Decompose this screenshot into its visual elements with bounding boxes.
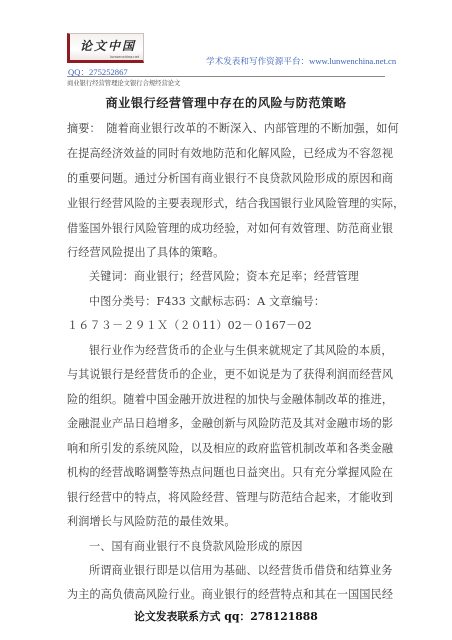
abstract-line: 行经营风险提出了具体的策略。 <box>67 244 224 260</box>
site-logo[interactable]: 论文中国 lunwenchina.net <box>67 33 144 63</box>
article-number-line: １６７３－２９１Ｘ（２０11）02－０167－02 <box>67 317 312 333</box>
body-line: 金融混业产品日趋增多，金融创新与风险防范及其对金融市场的影 <box>67 415 393 431</box>
abstract-line: 借鉴国外银行风险管理的成功经验，对如何有效管理、防范商业银 <box>67 220 393 236</box>
abstract-line: 在提高经济效益的同时有效地防范和化解风险，已经成为不容忽视 <box>67 145 393 161</box>
body-line: 与其说银行是经营货币的企业，更不如说是为了获得利润而经营风 <box>67 366 393 382</box>
abstract-line: 摘要： 随着商业银行改革的不断深入、内部管理的不断加强，如何 <box>67 120 399 136</box>
body-line: 银行经营中的特点，将风险经营、管理与防范结合起来，才能收到 <box>67 489 393 505</box>
body-line: 为主的高负债高风险行业。商业银行的经营特点和其在一国国民经 <box>67 586 393 602</box>
body-line: 利润增长与风险防范的最佳效果。 <box>67 513 236 529</box>
body-line: 响和所引发的系统风险，以及相应的政府监管机制改革和各类金融 <box>67 440 393 456</box>
document-page: 论文中国 lunwenchina.net 学术发表和写作资源平台：www.lun… <box>0 0 452 640</box>
body-line: 险的组织。随着中国金融开放进程的加快与金融体制改革的推进， <box>67 391 393 407</box>
keywords-line: 关键词：商业银行；经营风险；资本充足率；经营管理 <box>89 268 359 284</box>
header-divider <box>67 76 385 77</box>
section-heading: 一、国有商业银行不良贷款风险形成的原因 <box>89 538 303 554</box>
footer-contact: 论文发表联系方式 qq：278121888 <box>0 609 452 624</box>
abstract-line: 业银行经营风险的主要表现形式，结合我国银行业风险管理的实际， <box>67 195 404 211</box>
body-line: 机构的经营战略调整等热点问题也日益突出。只有充分掌握风险在 <box>67 464 393 480</box>
body-line: 银行业作为经营货币的企业与生俱来就规定了其风险的本质， <box>89 342 393 358</box>
body-line: 所谓商业银行即是以信用为基础、以经营货币借贷和结算业务 <box>89 562 393 578</box>
platform-label: 学术发表和写作资源平台：www.lunwenchina.net.cn <box>206 55 396 67</box>
page-title: 商业银行经营管理中存在的风险与防范策略 <box>0 94 452 111</box>
classification-line: 中图分类号：F433 文献标志码：A 文章编号： <box>89 293 325 309</box>
abstract-line: 的重要问题。通过分析国有商业银行不良贷款风险形成的原因和商 <box>67 170 393 186</box>
logo-text: 论文中国 <box>80 37 136 54</box>
logo-subtext: lunwenchina.net <box>110 54 139 59</box>
breadcrumb: 商业银行经营管理论文银行合规经营论文 <box>67 78 180 87</box>
